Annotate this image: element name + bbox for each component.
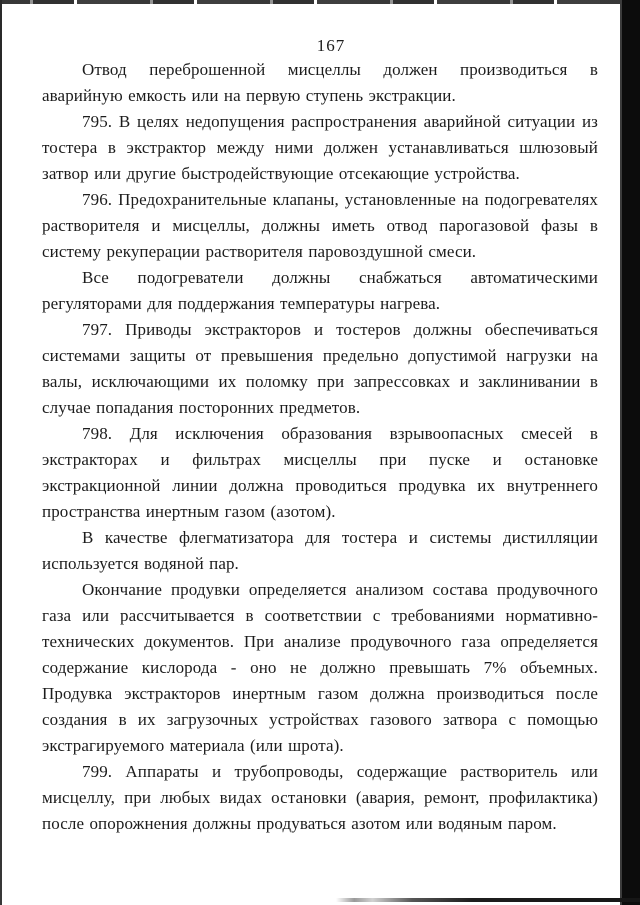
scan-edge-top: [0, 0, 640, 4]
document-body: Отвод переброшенной мисцеллы должен прои…: [42, 57, 598, 837]
body-paragraph-798-note-2: Окончание продувки определяется анализом…: [42, 577, 598, 759]
page-number: 167: [0, 36, 640, 56]
scan-edge-right: [620, 0, 640, 905]
scanned-document-page: 167 Отвод переброшенной мисцеллы должен …: [0, 0, 640, 905]
body-paragraph-796-note: Все подогреватели должны снабжаться авто…: [42, 265, 598, 317]
body-paragraph-intro-continuation: Отвод переброшенной мисцеллы должен прои…: [42, 57, 598, 109]
body-paragraph-798-note-1: В качестве флегматизатора для тостера и …: [42, 525, 598, 577]
body-paragraph-798: 798. Для исключения образования взрывооп…: [42, 421, 598, 525]
body-paragraph-797: 797. Приводы экстракторов и тостеров дол…: [42, 317, 598, 421]
scan-edge-left: [0, 0, 2, 905]
body-paragraph-796: 796. Предохранительные клапаны, установл…: [42, 187, 598, 265]
body-paragraph-799: 799. Аппараты и трубопроводы, содержащие…: [42, 759, 598, 837]
scan-artifact-bottom-line: [336, 898, 640, 902]
body-paragraph-795: 795. В целях недопущения распространения…: [42, 109, 598, 187]
